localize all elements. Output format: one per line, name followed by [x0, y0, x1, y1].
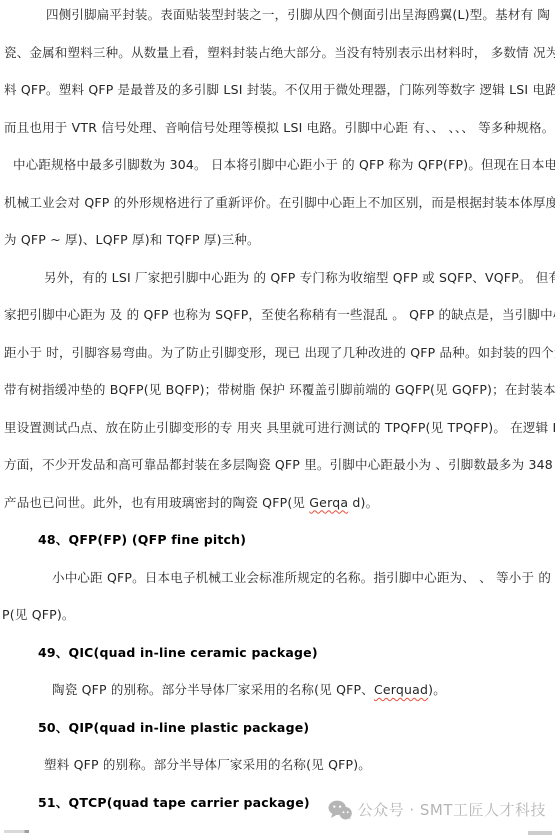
text-segment: 另外，有的 LSI 厂家把引脚中心距为 的 QFP 专门称为收缩型 QFP 或 … — [44, 270, 555, 285]
text-line: 中心距规格中最多引脚数为 304。 日本将引脚中心距小于 的 QFP 称为 QF… — [0, 156, 555, 194]
text-line: 另外，有的 LSI 厂家把引脚中心距为 的 QFP 专门称为收缩型 QFP 或 … — [0, 269, 555, 307]
text-segment: )。 — [428, 682, 446, 697]
text-segment: 51、QTCP(quad tape carrier package) — [38, 795, 310, 810]
bottom-right-edge-artifact — [528, 831, 552, 835]
text-segment: 距小于 时，引脚容易弯曲。为了防止引脚变形，现已 出现了几种改进的 QFP 品种… — [4, 345, 555, 360]
text-line: 四侧引脚扁平封装。表面贴装型封装之一，引脚从四个侧面引出呈海鸥翼(L)型。基材有… — [0, 6, 555, 44]
text-line: P(见 QFP)。 — [0, 606, 555, 644]
document-body[interactable]: 四侧引脚扁平封装。表面贴装型封装之一，引脚从四个侧面引出呈海鸥翼(L)型。基材有… — [0, 6, 555, 831]
document-page: 四侧引脚扁平封装。表面贴装型封装之一，引脚从四个侧面引出呈海鸥翼(L)型。基材有… — [0, 0, 555, 837]
text-line: 机械工业会对 QFP 的外形规格进行了重新评价。在引脚中心距上不加区别，而是根据… — [0, 194, 555, 232]
text-line: 小中心距 QFP。日本电子机械工业会标准所规定的名称。指引脚中心距为、 、 等小… — [0, 569, 555, 607]
text-line: 带有树指缓冲垫的 BQFP(见 BQFP)；带树脂 保护 环覆盖引脚前端的 GQ… — [0, 381, 555, 419]
text-segment: 中心距规格中最多引脚数为 304。 日本将引脚中心距小于 的 QFP 称为 QF… — [13, 157, 555, 172]
text-segment: 49、QIC(quad in-line ceramic package) — [38, 645, 318, 660]
text-segment: 机械工业会对 QFP 的外形规格进行了重新评价。在引脚中心距上不加区别，而是根据… — [4, 195, 555, 210]
text-line: 方面，不少开发品和高可靠品都封装在多层陶瓷 QFP 里。引脚中心距最小为 、引脚… — [0, 456, 555, 494]
text-segment: 瓷、金属和塑料三种。从数量上看，塑料封装占绝大部分。当没有特别表示出材料时， 多… — [4, 45, 555, 60]
text-segment: 而且也用于 VTR 信号处理、音响信号处理等模拟 LSI 电路。引脚中心距 有、… — [4, 120, 554, 135]
misspelled-word: Cerquad — [374, 682, 428, 697]
wechat-icon — [328, 800, 352, 820]
text-line: 里设置测试凸点、放在防止引脚变形的专 用夹 具里就可进行测试的 TPQFP(见 … — [0, 419, 555, 457]
text-segment: 家把引脚中心距为 及 的 QFP 也称为 SQFP，至使名称稍有一些混乱 。 Q… — [4, 307, 555, 322]
text-segment: 陶瓷 QFP 的别称。部分半导体厂家采用的名称(见 QFP、 — [52, 682, 374, 697]
text-line: 而且也用于 VTR 信号处理、音响信号处理等模拟 LSI 电路。引脚中心距 有、… — [0, 119, 555, 157]
text-segment: 48、QFP(FP) (QFP fine pitch) — [38, 532, 246, 547]
text-line: 料 QFP。塑料 QFP 是最普及的多引脚 LSI 封装。不仅用于微处理器，门陈… — [0, 81, 555, 119]
text-segment: 小中心距 QFP。日本电子机械工业会标准所规定的名称。指引脚中心距为、 、 等小… — [52, 570, 555, 585]
text-line: 瓷、金属和塑料三种。从数量上看，塑料封装占绝大部分。当没有特别表示出材料时， 多… — [0, 44, 555, 82]
text-line: 塑料 QFP 的别称。部分半导体厂家采用的名称(见 QFP)。 — [0, 756, 555, 794]
text-line: 家把引脚中心距为 及 的 QFP 也称为 SQFP，至使名称稍有一些混乱 。 Q… — [0, 306, 555, 344]
bottom-left-edge-artifact — [4, 830, 29, 833]
text-segment: 50、QIP(quad in-line plastic package) — [38, 720, 309, 735]
misspelled-word: Gerqa — [309, 495, 348, 510]
section-heading: 49、QIC(quad in-line ceramic package) — [0, 644, 555, 682]
section-heading: 48、QFP(FP) (QFP fine pitch) — [0, 531, 555, 569]
text-segment: 里设置测试凸点、放在防止引脚变形的专 用夹 具里就可进行测试的 TPQFP(见 … — [4, 420, 555, 435]
text-segment: P(见 QFP)。 — [2, 607, 75, 622]
text-line: 产品也已问世。此外，也有用玻璃密封的陶瓷 QFP(见 Gerqa d)。 — [0, 494, 555, 532]
text-segment: 塑料 QFP 的别称。部分半导体厂家采用的名称(见 QFP)。 — [44, 757, 371, 772]
text-segment: 料 QFP。塑料 QFP 是最普及的多引脚 LSI 封装。不仅用于微处理器，门陈… — [4, 82, 555, 97]
section-heading: 50、QIP(quad in-line plastic package) — [0, 719, 555, 757]
text-line: 陶瓷 QFP 的别称。部分半导体厂家采用的名称(见 QFP、Cerquad)。 — [0, 681, 555, 719]
text-segment: 方面，不少开发品和高可靠品都封装在多层陶瓷 QFP 里。引脚中心距最小为 、引脚… — [4, 457, 555, 472]
text-segment: 带有树指缓冲垫的 BQFP(见 BQFP)；带树脂 保护 环覆盖引脚前端的 GQ… — [4, 382, 555, 397]
text-line: 为 QFP ~ 厚)、LQFP 厚)和 TQFP 厚)三种。 — [0, 231, 555, 269]
text-segment: d)。 — [348, 495, 378, 510]
text-line: 距小于 时，引脚容易弯曲。为了防止引脚变形，现已 出现了几种改进的 QFP 品种… — [0, 344, 555, 382]
text-segment: 产品也已问世。此外，也有用玻璃密封的陶瓷 QFP(见 — [4, 495, 309, 510]
text-segment: 四侧引脚扁平封装。表面贴装型封装之一，引脚从四个侧面引出呈海鸥翼(L)型。基材有… — [46, 7, 550, 22]
watermark: 公众号 · SMT工匠人才科技 — [328, 799, 546, 820]
watermark-text: 公众号 · SMT工匠人才科技 — [358, 799, 546, 820]
text-segment: 为 QFP ~ 厚)、LQFP 厚)和 TQFP 厚)三种。 — [4, 232, 260, 247]
